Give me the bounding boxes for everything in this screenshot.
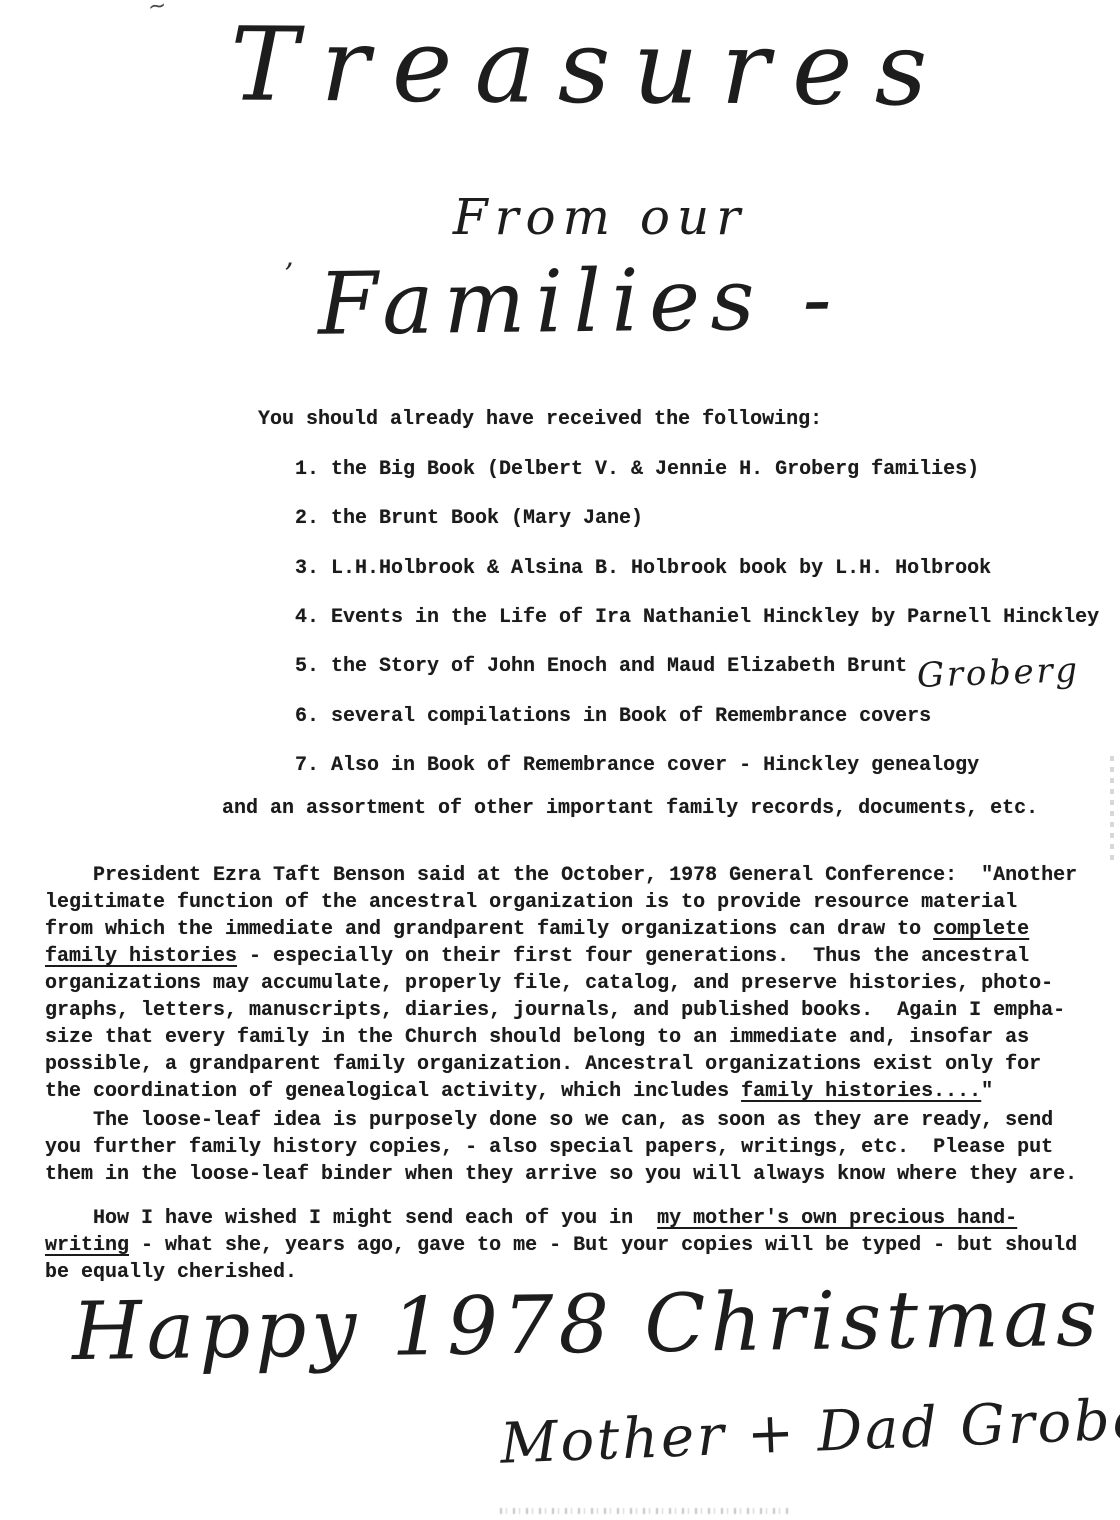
list-item: 4. Events in the Life of Ira Nathaniel H…: [295, 593, 1099, 642]
text-segment: legitimate function of the ancestral org…: [45, 891, 1017, 914]
scan-artifact-speckle: [500, 1508, 790, 1514]
list-item-text: 2. the Brunt Book (Mary Jane): [295, 505, 643, 532]
text-segment: The loose-leaf idea is purposely done so…: [45, 1109, 1053, 1132]
text-segment: How I have wished I might send each of y…: [45, 1207, 657, 1230]
list-item-text: 7. Also in Book of Remembrance cover - H…: [295, 752, 979, 779]
text-segment: the coordination of genealogical activit…: [45, 1080, 741, 1103]
closing-greeting: Happy 1978 Christmas: [71, 1271, 1102, 1378]
text-line: legitimate function of the ancestral org…: [45, 889, 1077, 916]
list-item: 7. Also in Book of Remembrance cover - H…: [295, 741, 1099, 790]
text-line: family histories - especially on their f…: [45, 943, 1077, 970]
underlined-text: complete: [933, 918, 1029, 941]
list-item-text: 6. several compilations in Book of Remem…: [295, 703, 931, 730]
scanned-letter-page: ~ ʼ Treasures From our Families - You sh…: [0, 0, 1120, 1520]
list-item-text: 4. Events in the Life of Ira Nathaniel H…: [295, 604, 1099, 631]
text-segment: possible, a grandparent family organizat…: [45, 1053, 1041, 1076]
text-line: How I have wished I might send each of y…: [45, 1205, 1077, 1232]
received-items-list: 1. the Big Book (Delbert V. & Jennie H. …: [295, 445, 1099, 790]
text-line: possible, a grandparent family organizat…: [45, 1051, 1077, 1078]
title-line-families: Families -: [317, 249, 842, 354]
text-segment: graphs, letters, manuscripts, diaries, j…: [45, 999, 1065, 1022]
text-segment: be equally cherished.: [45, 1261, 297, 1284]
list-footer-line: and an assortment of other important fam…: [222, 795, 1038, 822]
underlined-text: my mother's own precious hand-: [657, 1207, 1017, 1230]
scan-artifact-edge-dashes: [1110, 756, 1114, 864]
intro-line: You should already have received the fol…: [258, 406, 822, 433]
text-line: organizations may accumulate, properly f…: [45, 970, 1077, 997]
signature: Mother + Dad Groberg: [499, 1384, 1120, 1476]
list-item-text: 1. the Big Book (Delbert V. & Jennie H. …: [295, 456, 979, 483]
list-item: 6. several compilations in Book of Remem…: [295, 691, 1099, 740]
underlined-text: writing: [45, 1234, 129, 1257]
text-line: writing - what she, years ago, gave to m…: [45, 1232, 1077, 1259]
handwritten-annotation: Groberg: [917, 657, 1081, 690]
text-line: the coordination of genealogical activit…: [45, 1078, 1077, 1105]
list-item: 2. the Brunt Book (Mary Jane): [295, 494, 1099, 543]
title-line-treasures: Treasures: [140, 5, 1041, 130]
benson-quote-paragraph: President Ezra Taft Benson said at the O…: [45, 862, 1077, 1105]
text-line: President Ezra Taft Benson said at the O…: [45, 862, 1077, 889]
text-line: from which the immediate and grandparent…: [45, 916, 1077, 943]
list-item: 3. L.H.Holbrook & Alsina B. Holbrook boo…: [295, 544, 1099, 593]
text-line: you further family history copies, - als…: [45, 1134, 1077, 1161]
text-line: size that every family in the Church sho…: [45, 1024, 1077, 1051]
underlined-text: family histories: [45, 945, 237, 968]
text-segment: - especially on their first four generat…: [237, 945, 1029, 968]
text-segment: - what she, years ago, gave to me - But …: [129, 1234, 1077, 1257]
text-segment: you further family history copies, - als…: [45, 1136, 1053, 1159]
title-line-from-our: From our: [390, 188, 810, 246]
text-line: them in the loose-leaf binder when they …: [45, 1161, 1077, 1188]
text-segment: them in the loose-leaf binder when they …: [45, 1163, 1077, 1186]
list-item: 5. the Story of John Enoch and Maud Eliz…: [295, 642, 1099, 691]
list-item-text: 3. L.H.Holbrook & Alsina B. Holbrook boo…: [295, 555, 991, 582]
list-item: 1. the Big Book (Delbert V. & Jennie H. …: [295, 445, 1099, 494]
text-segment: President Ezra Taft Benson said at the O…: [45, 864, 1077, 887]
looseleaf-paragraph: The loose-leaf idea is purposely done so…: [45, 1107, 1077, 1188]
list-item-text: 5. the Story of John Enoch and Maud Eliz…: [295, 653, 907, 680]
text-line: The loose-leaf idea is purposely done so…: [45, 1107, 1077, 1134]
text-segment: organizations may accumulate, properly f…: [45, 972, 1053, 995]
text-segment: from which the immediate and grandparent…: [45, 918, 933, 941]
scan-artifact-apostrophe: ʼ: [283, 258, 293, 293]
text-segment: size that every family in the Church sho…: [45, 1026, 1029, 1049]
underlined-text: family histories....: [741, 1080, 981, 1103]
text-line: graphs, letters, manuscripts, diaries, j…: [45, 997, 1077, 1024]
text-segment: ": [981, 1080, 993, 1103]
